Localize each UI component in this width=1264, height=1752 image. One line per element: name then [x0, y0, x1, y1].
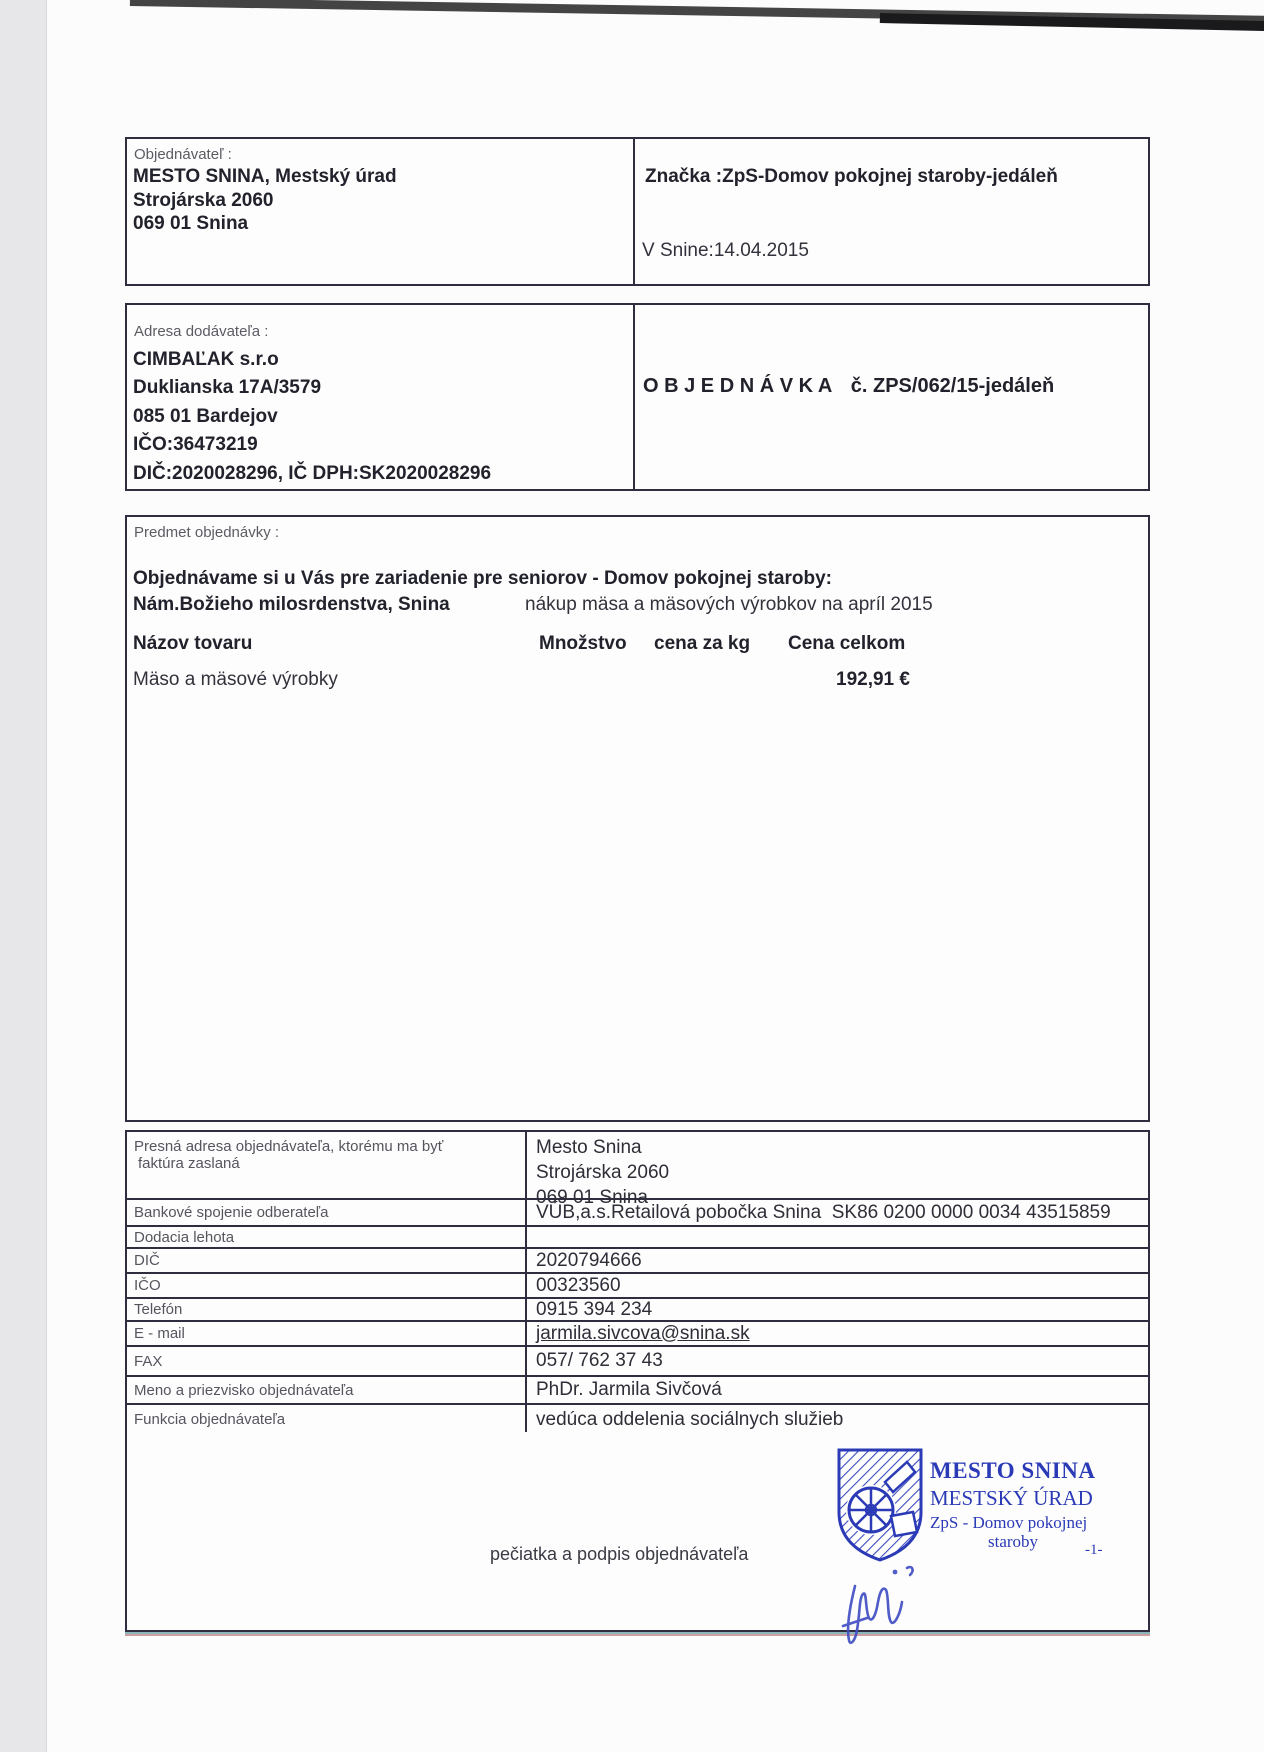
row-label: Dodacia lehota: [127, 1227, 527, 1247]
table-row: Meno a priezvisko objednávateľa PhDr. Ja…: [127, 1377, 1148, 1405]
orderer-line3: 069 01 Snina: [133, 212, 397, 236]
supplier-box-divider: [633, 305, 635, 489]
supplier-label: Adresa dodávateľa :: [134, 323, 268, 340]
row-value: 057/ 762 37 43: [527, 1347, 1148, 1375]
supplier-line4: IČO:36473219: [133, 431, 491, 459]
details-table: Presná adresa objednávateľa, ktorému ma …: [125, 1130, 1150, 1436]
table-row: IČO 00323560: [127, 1274, 1148, 1299]
row-label: Meno a priezvisko objednávateľa: [127, 1377, 527, 1403]
orderer-address: MESTO SNINA, Mestský úrad Strojárska 206…: [133, 165, 397, 236]
subject-label: Predmet objednávky :: [134, 524, 279, 541]
table-row: Presná adresa objednávateľa, ktorému ma …: [127, 1132, 1148, 1200]
table-row: Bankové spojenie odberateľa VÚB,a.s.Reta…: [127, 1200, 1148, 1227]
order-number: č. ZPS/062/15-jedáleň: [851, 375, 1054, 397]
item-total: 192,91 €: [836, 669, 910, 691]
page-number: -1-: [1085, 1542, 1103, 1559]
orderer-box: Objednávateľ : MESTO SNINA, Mestský úrad…: [125, 137, 1150, 286]
stamp-city-name: MESTO SNINA: [930, 1458, 1160, 1484]
row-value: vedúca oddelenia sociálnych služieb: [527, 1405, 1148, 1434]
row-label: IČO: [127, 1274, 527, 1297]
column-header-qty: Množstvo: [539, 633, 627, 655]
row-label: Funkcia objednávateľa: [127, 1405, 527, 1434]
row-label: E - mail: [127, 1322, 527, 1345]
supplier-line1: CIMBAĽAK s.r.o: [133, 346, 491, 374]
stamp-text-block: MESTO SNINA MESTSKÝ ÚRAD ZpS - Domov pok…: [930, 1458, 1160, 1551]
supplier-line3: 085 01 Bardejov: [133, 403, 491, 431]
supplier-address: CIMBAĽAK s.r.o Duklianska 17A/3579 085 0…: [133, 346, 491, 488]
row-value-email: jarmila.sivcova@snina.sk: [527, 1322, 1148, 1345]
row-value: 00323560: [527, 1274, 1148, 1297]
signature-icon: [837, 1560, 933, 1656]
stamp-dept-line2: staroby: [988, 1532, 1160, 1551]
subject-intro-line1: Objednávame si u Vás pre zariadenie pre …: [133, 568, 832, 590]
subject-box: Predmet objednávky : Objednávame si u Vá…: [125, 515, 1150, 1122]
subject-intro-line2-bold: Nám.Božieho milosrdenstva, Snina: [133, 594, 450, 616]
item-name: Mäso a mäsové výrobky: [133, 669, 338, 691]
order-title: O B J E D N Á V K A: [643, 375, 832, 397]
orderer-label: Objednávateľ :: [134, 146, 232, 163]
supplier-line5: DIČ:2020028296, IČ DPH:SK2020028296: [133, 460, 491, 488]
row-value: 0915 394 234: [527, 1299, 1148, 1320]
scan-left-edge: [0, 0, 47, 1752]
table-row: FAX 057/ 762 37 43: [127, 1347, 1148, 1377]
row-value: 2020794666: [527, 1249, 1148, 1272]
table-row: Dodacia lehota: [127, 1227, 1148, 1249]
coat-of-arms-icon: [833, 1446, 927, 1566]
order-heading: O B J E D N Á V K A č. ZPS/062/15-jedále…: [643, 375, 1054, 398]
scanned-order-document: Objednávateľ : MESTO SNINA, Mestský úrad…: [0, 0, 1264, 1752]
row-label: FAX: [127, 1347, 527, 1375]
mark-line: Značka :ZpS-Domov pokojnej staroby-jedál…: [645, 166, 1058, 188]
stamp-caption: pečiatka a podpis objednávateľa: [490, 1544, 748, 1565]
row-value: PhDr. Jarmila Sivčová: [527, 1377, 1148, 1403]
date-line: V Snine:14.04.2015: [642, 240, 809, 262]
column-header-total: Cena celkom: [788, 633, 905, 655]
row-label: Bankové spojenie odberateľa: [127, 1200, 527, 1225]
orderer-line1: MESTO SNINA, Mestský úrad: [133, 165, 397, 189]
row-value: VÚB,a.s.Retailová pobočka Snina SK86 020…: [527, 1200, 1148, 1225]
signature-area: pečiatka a podpis objednávateľa: [125, 1432, 1150, 1632]
table-row: E - mail jarmila.sivcova@snina.sk: [127, 1322, 1148, 1347]
table-row: Telefón 0915 394 234: [127, 1299, 1148, 1322]
orderer-line2: Strojárska 2060: [133, 189, 397, 213]
subject-intro-line2-regular: nákup mäsa a mäsových výrobkov na apríl …: [525, 594, 933, 616]
row-value: Mesto Snina Strojárska 2060 069 01 Snina: [527, 1132, 1148, 1198]
city-stamp: [833, 1446, 927, 1571]
supplier-box: Adresa dodávateľa : CIMBAĽAK s.r.o Dukli…: [125, 303, 1150, 491]
row-label: DIČ: [127, 1249, 527, 1272]
table-row: DIČ 2020794666: [127, 1249, 1148, 1274]
table-row: Funkcia objednávateľa vedúca oddelenia s…: [127, 1405, 1148, 1434]
column-header-item: Názov tovaru: [133, 633, 252, 655]
column-header-price: cena za kg: [654, 633, 750, 655]
handwritten-signature: [837, 1560, 933, 1661]
row-label: Telefón: [127, 1299, 527, 1320]
orderer-box-divider: [633, 139, 635, 284]
row-value: [527, 1227, 1148, 1247]
stamp-dept-line1: ZpS - Domov pokojnej: [930, 1513, 1160, 1532]
stamp-office-name: MESTSKÝ ÚRAD: [930, 1487, 1160, 1511]
row-label: Presná adresa objednávateľa, ktorému ma …: [127, 1132, 527, 1198]
supplier-line2: Duklianska 17A/3579: [133, 374, 491, 402]
